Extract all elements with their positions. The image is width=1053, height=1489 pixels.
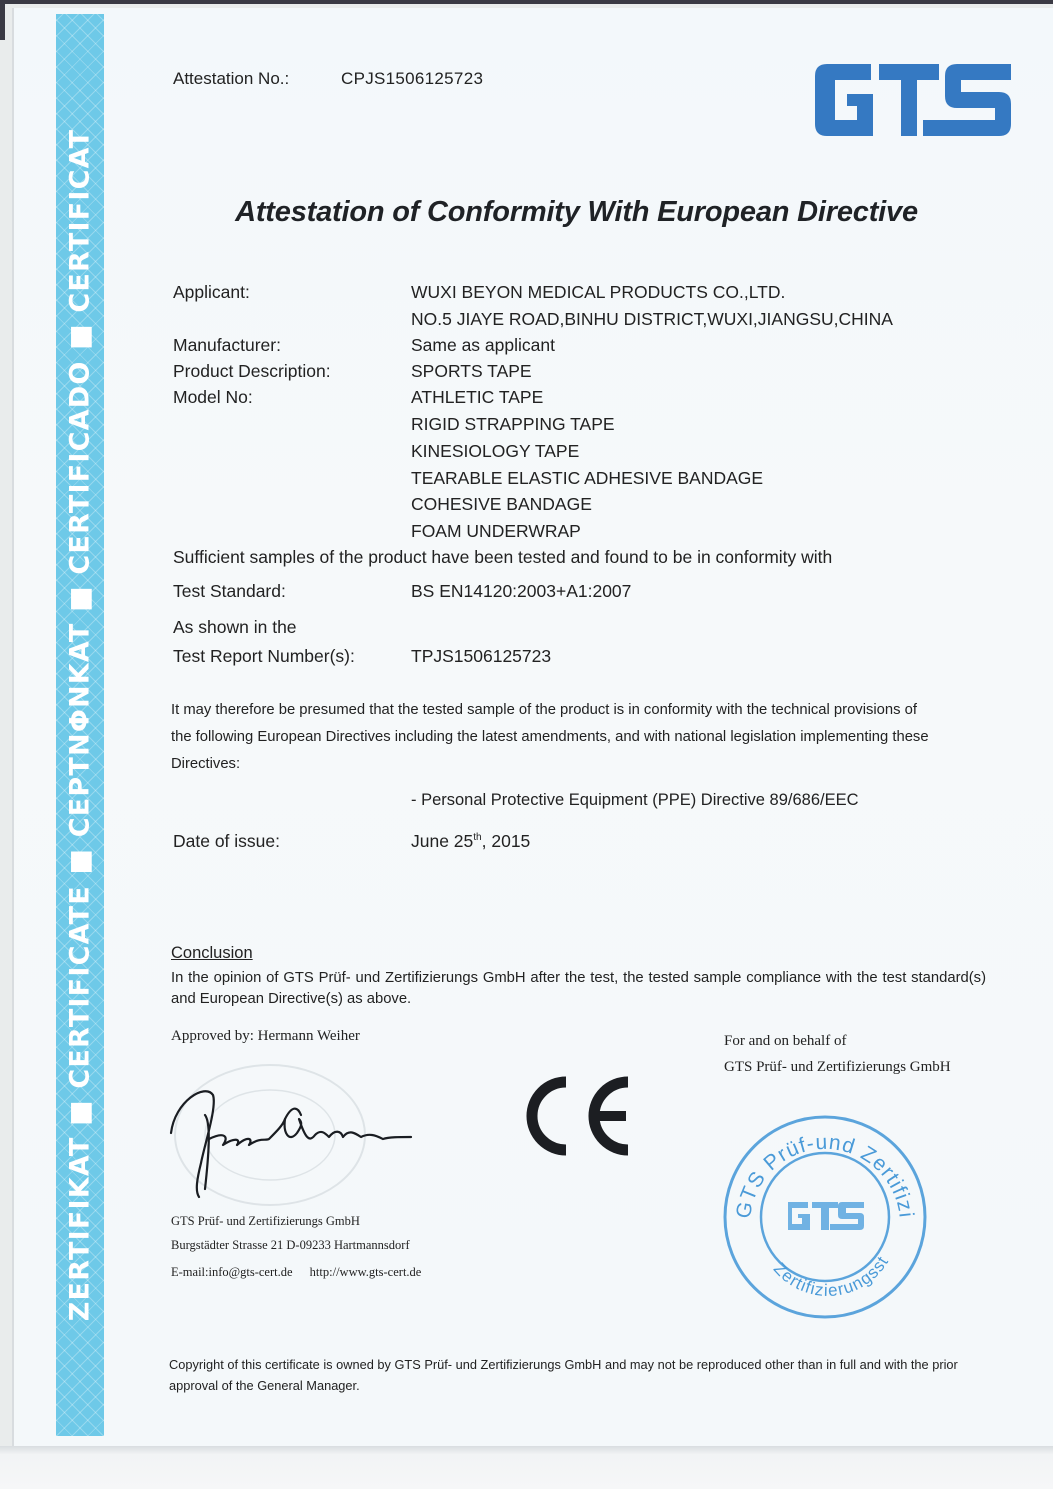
- company-email[interactable]: E-mail:info@gts-cert.de: [171, 1265, 293, 1279]
- date-of-issue-label: Date of issue:: [173, 831, 280, 852]
- gts-logo-icon: [813, 62, 1013, 138]
- company-website[interactable]: http://www.gts-cert.de: [310, 1265, 422, 1279]
- signature: [165, 1083, 425, 1208]
- model-label: Model No:: [173, 387, 253, 408]
- directive-item: - Personal Protective Equipment (PPE) Di…: [411, 791, 859, 810]
- model-item: COHESIVE BANDAGE: [411, 494, 592, 515]
- stamp-seal-icon: GTS Prüf-und Zertifizierungs GmbH Zertif…: [720, 1112, 930, 1322]
- model-item: ATHLETIC TAPE: [411, 387, 543, 408]
- attestation-label: Attestation No.:: [173, 69, 289, 89]
- test-report-label: Test Report Number(s):: [173, 646, 355, 667]
- side-band-text: ZERTIFIKAT ■ CERTIFICATE ■ CEPTNΦNKAT ■ …: [65, 129, 96, 1321]
- approved-by: Approved by: Hermann Weiher: [171, 1028, 360, 1045]
- document-title: Attestation of Conformity With European …: [0, 196, 1053, 229]
- applicant-label: Applicant:: [173, 282, 250, 303]
- scan-edge-bottom: [0, 1446, 1053, 1489]
- model-item: KINESIOLOGY TAPE: [411, 441, 579, 462]
- date-year: , 2015: [482, 831, 531, 851]
- test-report-value: TPJS1506125723: [411, 646, 551, 667]
- attestation-number: CPJS1506125723: [341, 69, 483, 89]
- company-contact: E-mail:info@gts-cert.de http://www.gts-c…: [171, 1265, 421, 1280]
- date-ordinal: th: [473, 832, 481, 843]
- scan-edge-top: [0, 0, 1053, 4]
- model-item: RIGID STRAPPING TAPE: [411, 414, 615, 435]
- manufacturer-value: Same as applicant: [411, 335, 555, 356]
- scan-edge-left: [0, 0, 5, 40]
- ce-mark: [518, 1076, 634, 1161]
- presumption-line: It may therefore be presumed that the te…: [171, 697, 991, 724]
- company-address: Burgstädter Strasse 21 D-09233 Hartmanns…: [171, 1238, 410, 1253]
- presumption-paragraph: It may therefore be presumed that the te…: [171, 697, 991, 778]
- sufficient-samples-text: Sufficient samples of the product have b…: [173, 547, 832, 568]
- company-name: GTS Prüf- und Zertifizierungs GmbH: [171, 1214, 360, 1229]
- copyright-notice: Copyright of this certificate is owned b…: [169, 1354, 999, 1396]
- date-of-issue-value: June 25th, 2015: [411, 831, 530, 852]
- gts-logo: [813, 62, 1013, 143]
- applicant-address: NO.5 JIAYE ROAD,BINHU DISTRICT,WUXI,JIAN…: [411, 309, 893, 330]
- conclusion-heading: Conclusion: [171, 944, 253, 963]
- presumption-line: Directives:: [171, 751, 991, 778]
- on-behalf-company: GTS Prüf- und Zertifizierungs GmbH: [724, 1059, 951, 1076]
- as-shown-label: As shown in the: [173, 617, 297, 638]
- test-standard-value: BS EN14120:2003+A1:2007: [411, 581, 631, 602]
- ce-mark-icon: [518, 1076, 634, 1156]
- model-item: TEARABLE ELASTIC ADHESIVE BANDAGE: [411, 468, 763, 489]
- product-description-label: Product Description:: [173, 361, 331, 382]
- presumption-line: the following European Directives includ…: [171, 724, 991, 751]
- manufacturer-label: Manufacturer:: [173, 335, 281, 356]
- certification-stamp: GTS Prüf-und Zertifizierungs GmbH Zertif…: [720, 1112, 930, 1327]
- model-item: FOAM UNDERWRAP: [411, 521, 581, 542]
- on-behalf-line: For and on behalf of: [724, 1033, 846, 1050]
- applicant-name: WUXI BEYON MEDICAL PRODUCTS CO.,LTD.: [411, 282, 785, 303]
- product-description-value: SPORTS TAPE: [411, 361, 532, 382]
- test-standard-label: Test Standard:: [173, 581, 286, 602]
- conclusion-text: In the opinion of GTS Prüf- und Zertifiz…: [171, 968, 986, 1010]
- date-main: June 25: [411, 831, 473, 851]
